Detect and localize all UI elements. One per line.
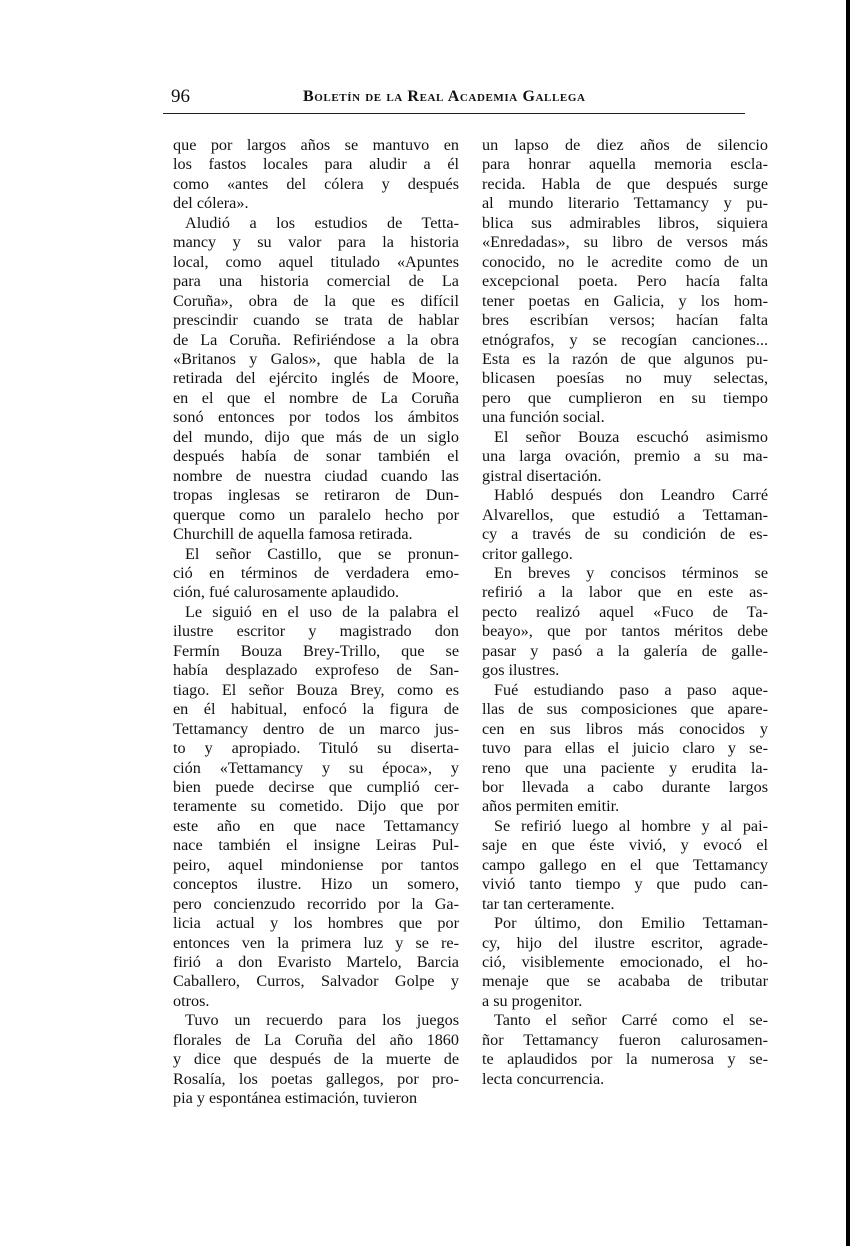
text-line: Habló después don Leandro Carré [482,486,768,505]
text-line: te aplaudidos por la numerosa y se- [482,1050,768,1069]
text-line: que por largos años se mantuvo en [173,136,459,155]
text-line: Tanto el señor Carré como el se- [482,1011,768,1030]
text-line: conocido, no le acredite como de un [482,253,768,272]
text-line: cen en sus libros más conocidos y [482,720,768,739]
text-line: bien puede decirse que cumplió cer- [173,778,459,797]
text-line: ción, fué calurosamente aplaudido. [173,583,459,602]
text-line: este año en que nace Tettamancy [173,817,459,836]
text-line: Fué estudiando paso a paso aque- [482,681,768,700]
text-line: vivió tanto tiempo y que pudo can- [482,875,768,894]
page-header: 96 Boletín de la Real Academia Gallega [163,86,743,112]
text-line: «Britanos y Galos», que habla de la [173,350,459,369]
text-line: sonó entonces por todos los ámbitos [173,408,459,427]
paragraph: Tanto el señor Carré como el se-ñor Tett… [482,1011,768,1089]
text-line: pero concienzudo recorrido por la Ga- [173,895,459,914]
text-line: entonces ven la primera luz y se re- [173,934,459,953]
scan-edge-bar [846,0,850,1246]
paragraph: Habló después don Leandro CarréAlvarello… [482,486,768,564]
paragraph: un lapso de diez años de silenciopara ho… [482,136,768,428]
text-line: una función social. [482,408,768,427]
paragraph: que por largos años se mantuvo enlos fas… [173,136,459,214]
paragraph: El señor Castillo, que se pronun-ció en … [173,545,459,603]
text-line: «Enredadas», su libro de versos más [482,233,768,252]
text-line: firió a don Evaristo Martelo, Barcia [173,953,459,972]
text-line: después había de sonar también el [173,447,459,466]
text-line: ñor Tettamancy fueron calurosamen- [482,1031,768,1050]
text-line: prescindir cuando se trata de hablar [173,311,459,330]
text-line: nace también el insigne Leiras Pul- [173,836,459,855]
text-line: Churchill de aquella famosa retirada. [173,525,459,544]
text-line: lecta concurrencia. [482,1070,768,1089]
text-line: de La Coruña. Refiriéndose a la obra [173,331,459,350]
text-line: en el que el nombre de La Coruña [173,389,459,408]
text-line: ció en términos de verdadera emo- [173,564,459,583]
text-line: excepcional poeta. Pero hacía falta [482,272,768,291]
text-line: al mundo literario Tettamancy y pu- [482,194,768,213]
text-line: retirada del ejército inglés de Moore, [173,369,459,388]
text-line: del mundo, dijo que más de un siglo [173,428,459,447]
text-line: Se refirió luego al hombre y al pai- [482,817,768,836]
text-line: campo gallego en el que Tettamancy [482,856,768,875]
running-title: Boletín de la Real Academia Gallega [303,88,586,106]
text-line: En breves y concisos términos se [482,564,768,583]
text-line: teramente su cometido. Dijo que por [173,797,459,816]
text-line: beayo», que por tantos méritos debe [482,622,768,641]
text-line: licia actual y los hombres que por [173,914,459,933]
text-line: to y apropiado. Tituló su diserta- [173,739,459,758]
text-line: etnógrafos, y se recogían canciones... [482,331,768,350]
text-line: florales de La Coruña del año 1860 [173,1031,459,1050]
text-line: tar tan certeramente. [482,895,768,914]
text-line: peiro, aquel mindoniense por tantos [173,856,459,875]
text-line: gistral disertación. [482,467,768,486]
text-line: años permiten emitir. [482,797,768,816]
text-line: tropas inglesas se retiraron de Dun- [173,486,459,505]
text-line: en él habitual, enfocó la figura de [173,700,459,719]
paragraph: Se refirió luego al hombre y al pai-saje… [482,817,768,914]
left-column: que por largos años se mantuvo enlos fas… [173,136,459,1109]
text-line: a su progenitor. [482,992,768,1011]
text-line: Aludió a los estudios de Tetta- [173,214,459,233]
text-line: reno que una paciente y erudita la- [482,759,768,778]
text-line: para honrar aquella memoria escla- [482,155,768,174]
text-line: ció, visiblemente emocionado, el ho- [482,953,768,972]
text-line: Tettamancy dentro de un marco jus- [173,720,459,739]
text-line: tuvo para ellas el juicio claro y se- [482,739,768,758]
text-line: tiago. El señor Bouza Brey, como es [173,681,459,700]
text-line: querque como un paralelo hecho por [173,506,459,525]
text-line: una larga ovación, premio a su ma- [482,447,768,466]
text-line: Alvarellos, que estudió a Tettaman- [482,506,768,525]
text-line: blicasen poesías no muy selectas, [482,369,768,388]
header-rule [163,113,745,114]
text-line: del cólera». [173,194,459,213]
text-line: Esta es la razón de que algunos pu- [482,350,768,369]
text-line: para una historia comercial de La [173,272,459,291]
text-line: tener poetas en Galicia, y los hom- [482,292,768,311]
text-line: ción «Tettamancy y su época», y [173,759,459,778]
text-line: refirió a la labor que en este as- [482,583,768,602]
paragraph: Tuvo un recuerdo para los juegosflorales… [173,1011,459,1108]
text-line: pecto realizó aquel «Fuco de Ta- [482,603,768,622]
text-line: Rosalía, los poetas gallegos, por pro- [173,1070,459,1089]
text-line: pasar y pasó a la galería de galle- [482,642,768,661]
text-line: menaje que se acababa de tributar [482,972,768,991]
text-line: pero que cumplieron en su tiempo [482,389,768,408]
paragraph: El señor Bouza escuchó asimismouna larga… [482,428,768,486]
text-line: y dice que después de la muerte de [173,1050,459,1069]
text-line: blica sus admirables libros, siquiera [482,214,768,233]
text-line: llas de sus composiciones que apare- [482,700,768,719]
text-line: local, como aquel titulado «Apuntes [173,253,459,272]
text-line: Fermín Bouza Brey-Trillo, que se [173,642,459,661]
text-line: cy a través de su condición de es- [482,525,768,544]
text-line: conceptos ilustre. Hizo un somero, [173,875,459,894]
text-line: como «antes del cólera y después [173,175,459,194]
text-line: El señor Bouza escuchó asimismo [482,428,768,447]
text-line: critor gallego. [482,545,768,564]
text-line: un lapso de diez años de silencio [482,136,768,155]
text-line: bres escribían versos; hacían falta [482,311,768,330]
text-line: gos ilustres. [482,661,768,680]
text-line: saje en que éste vivió, y evocó el [482,836,768,855]
text-line: Tuvo un recuerdo para los juegos [173,1011,459,1030]
paragraph: Fué estudiando paso a paso aque-llas de … [482,681,768,817]
text-line: bor llevada a cabo durante largos [482,778,768,797]
paragraph: Por último, don Emilio Tettaman-cy, hijo… [482,914,768,1011]
text-line: Coruña», obra de la que es difícil [173,292,459,311]
text-line: Le siguió en el uso de la palabra el [173,603,459,622]
text-line: ilustre escritor y magistrado don [173,622,459,641]
text-line: los fastos locales para aludir a él [173,155,459,174]
text-line: Por último, don Emilio Tettaman- [482,914,768,933]
text-line: otros. [173,992,459,1011]
paragraph: En breves y concisos términos serefirió … [482,564,768,681]
text-line: había desplazado exprofeso de San- [173,661,459,680]
text-line: cy, hijo del ilustre escritor, agrade- [482,934,768,953]
text-line: pia y espontánea estimación, tuvieron [173,1089,459,1108]
text-line: Caballero, Curros, Salvador Golpe y [173,972,459,991]
page-number: 96 [171,86,190,108]
paragraph: Le siguió en el uso de la palabra elilus… [173,603,459,1012]
paragraph: Aludió a los estudios de Tetta-mancy y s… [173,214,459,545]
text-line: nombre de nuestra ciudad cuando las [173,467,459,486]
text-line: El señor Castillo, que se pronun- [173,545,459,564]
text-line: mancy y su valor para la historia [173,233,459,252]
text-line: recida. Habla de que después surge [482,175,768,194]
right-column: un lapso de diez años de silenciopara ho… [482,136,768,1089]
